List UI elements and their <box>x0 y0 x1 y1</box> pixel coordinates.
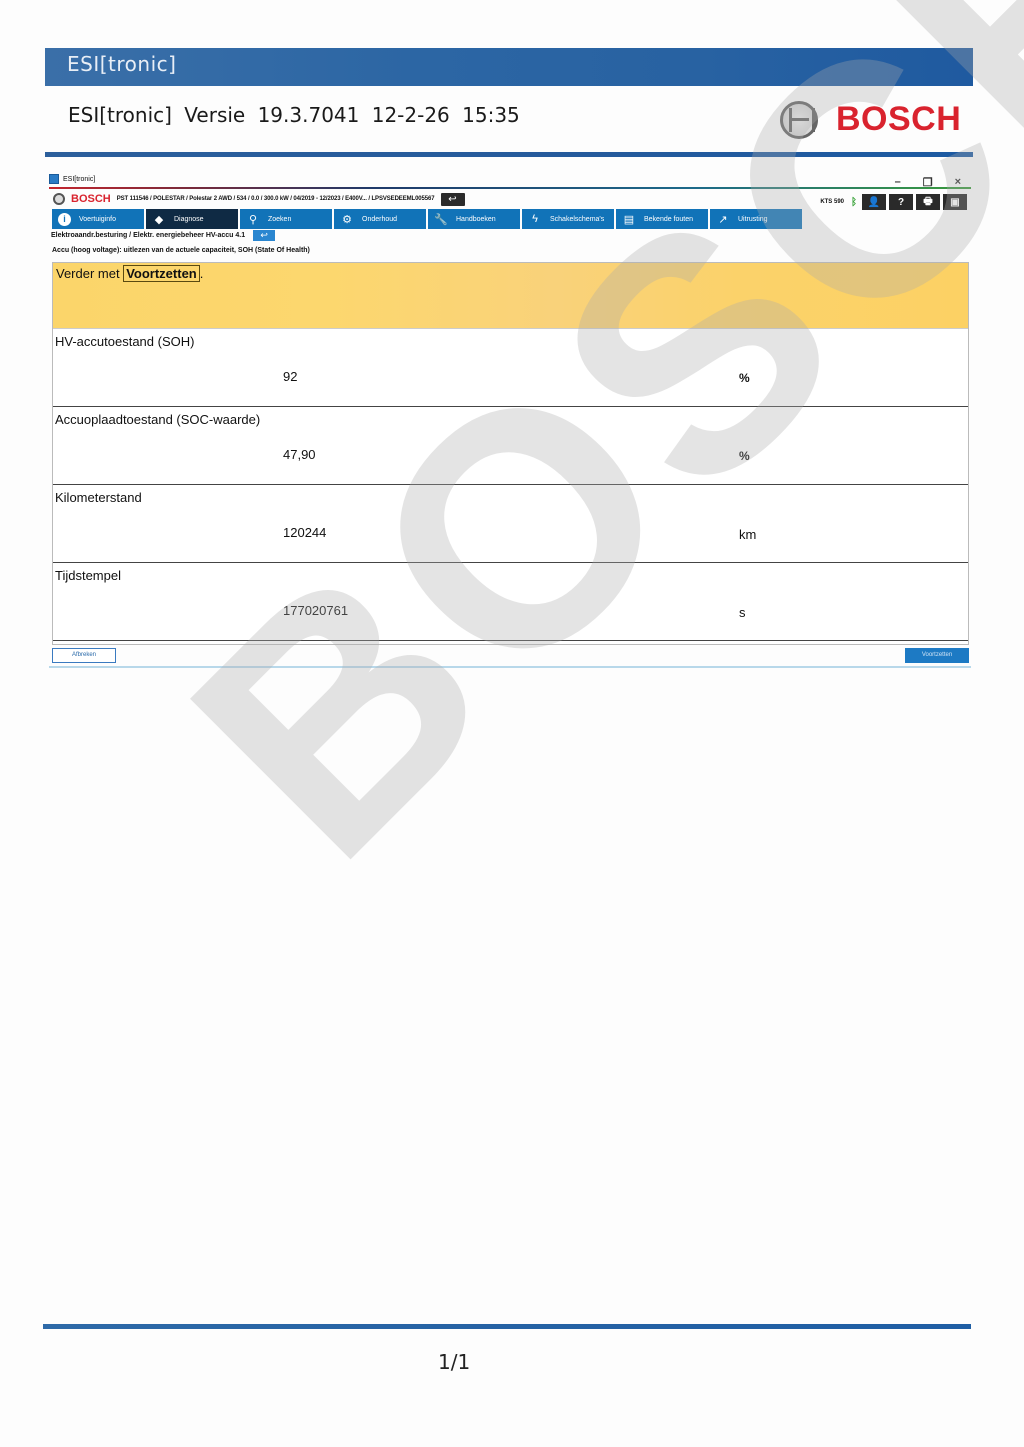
continue-button[interactable]: Voortzetten <box>905 648 969 663</box>
gears-icon: ⚙ <box>340 213 354 226</box>
book-icon: ▤ <box>622 213 636 226</box>
cancel-button[interactable]: Afbreken <box>52 648 116 663</box>
tab-label: Diagnose <box>174 216 204 223</box>
tab-label: Uitrusting <box>738 216 768 223</box>
param-row: Kilometerstand 120244 km <box>53 485 968 563</box>
header-divider <box>45 152 973 157</box>
tab-onderhoud[interactable]: ⚙ Onderhoud <box>334 209 426 229</box>
report-banner: ESI[tronic] <box>45 48 973 86</box>
tab-voertuiginfo[interactable]: i Voertuiginfo <box>52 209 144 229</box>
bosch-armature-icon <box>53 193 65 205</box>
device-bar: KTS 590 ᛒ 👤 ? 🖶 ▣ <box>820 194 967 210</box>
bluetooth-icon: ᛒ <box>851 197 857 208</box>
param-value: 92 <box>283 369 297 384</box>
search-icon: ⚲ <box>246 213 260 226</box>
user-button[interactable]: 👤 <box>862 194 886 210</box>
param-row: Tijdstempel 177020761 s <box>53 563 968 641</box>
param-unit: % <box>739 449 750 463</box>
instruction-key: Voortzetten <box>123 265 200 282</box>
instruction-banner: Verder met Voortzetten. <box>53 263 968 329</box>
tab-label: Schakelschema's <box>550 216 604 223</box>
vehicle-bar: BOSCH PST 111546 / POLESTAR / Polestar 2… <box>53 191 465 207</box>
param-value: 120244 <box>283 525 326 540</box>
measurement-panel: Verder met Voortzetten. HV-accutoestand … <box>52 262 969 645</box>
tab-label: Handboeken <box>456 216 496 223</box>
print-button[interactable]: 🖶 <box>916 194 940 210</box>
help-icon: ? <box>898 197 904 208</box>
tab-schakelschemas[interactable]: ϟ Schakelschema's <box>522 209 614 229</box>
param-unit: % <box>739 371 750 385</box>
action-bar: Afbreken Voortzetten <box>52 645 969 665</box>
param-row: HV-accutoestand (SOH) 92 % <box>53 329 968 407</box>
back-arrow-icon: ↩ <box>260 230 268 241</box>
param-value: 47,90 <box>283 447 316 462</box>
back-arrow-icon: ↩ <box>448 194 456 205</box>
report-subtitle: ESI[tronic] Versie 19.3.7041 12-2-26 15:… <box>68 103 520 127</box>
param-unit: km <box>739 527 756 542</box>
tab-label: Voertuiginfo <box>79 216 116 223</box>
tab-label: Onderhoud <box>362 216 397 223</box>
info-icon: i <box>58 213 71 226</box>
brand-name: BOSCH <box>836 100 961 139</box>
device-name: KTS 590 <box>820 199 844 205</box>
print-icon: 🖶 <box>923 194 932 211</box>
param-label: Accuoplaadtoestand (SOC-waarde) <box>55 412 260 427</box>
external-link-icon: ↗ <box>716 213 730 226</box>
param-label: Kilometerstand <box>55 490 142 505</box>
tab-uitrusting[interactable]: ↗ Uitrusting <box>710 209 802 229</box>
param-row: Accuoplaadtoestand (SOC-waarde) 47,90 % <box>53 407 968 485</box>
instruction-prefix: Verder met <box>56 266 123 281</box>
app-bottom-divider <box>49 666 971 668</box>
window-titlebar: ESI[tronic] <box>49 172 95 186</box>
vehicle-identification: PST 111546 / POLESTAR / Polestar 2 AWD /… <box>117 196 435 202</box>
window-icon: ▣ <box>950 197 959 208</box>
tab-label: Zoeken <box>268 216 291 223</box>
app-window: ESI[tronic] – ❐ × BOSCH PST 111546 / POL… <box>49 172 971 668</box>
help-button[interactable]: ? <box>889 194 913 210</box>
window-button[interactable]: ▣ <box>943 194 967 210</box>
main-nav: i Voertuiginfo ◆ Diagnose ⚲ Zoeken ⚙ Ond… <box>52 209 802 229</box>
step-title: Accu (hoog voltage): uitlezen van de act… <box>52 247 310 254</box>
instruction-suffix: . <box>200 266 204 281</box>
tab-zoeken[interactable]: ⚲ Zoeken <box>240 209 332 229</box>
footer-divider <box>43 1324 971 1329</box>
user-icon: 👤 <box>868 197 880 208</box>
param-label: Tijdstempel <box>55 568 121 583</box>
titlebar-divider <box>49 187 971 189</box>
bosch-logo: BOSCH <box>780 100 961 139</box>
breadcrumb-back-button[interactable]: ↩ <box>253 230 275 241</box>
breadcrumb: Elektroaandr.besturing / Elektr. energie… <box>51 232 245 239</box>
app-brand: BOSCH <box>71 193 111 205</box>
bosch-armature-icon <box>780 101 818 139</box>
param-label: HV-accutoestand (SOH) <box>55 334 194 349</box>
lightning-icon: ϟ <box>528 213 542 225</box>
breadcrumb-row: Elektroaandr.besturing / Elektr. energie… <box>51 230 275 241</box>
window-title: ESI[tronic] <box>63 176 95 183</box>
tab-diagnose[interactable]: ◆ Diagnose <box>146 209 238 229</box>
page-number: 1/1 <box>438 1350 470 1374</box>
app-icon <box>49 174 59 184</box>
tab-bekende-fouten[interactable]: ▤ Bekende fouten <box>616 209 708 229</box>
wrench-icon: 🔧 <box>434 213 448 226</box>
tab-handboeken[interactable]: 🔧 Handboeken <box>428 209 520 229</box>
param-unit: s <box>739 605 746 620</box>
vehicle-back-button[interactable]: ↩ <box>441 193 465 206</box>
tab-label: Bekende fouten <box>644 216 693 223</box>
diagnose-icon: ◆ <box>152 213 166 226</box>
param-value: 177020761 <box>283 603 348 618</box>
